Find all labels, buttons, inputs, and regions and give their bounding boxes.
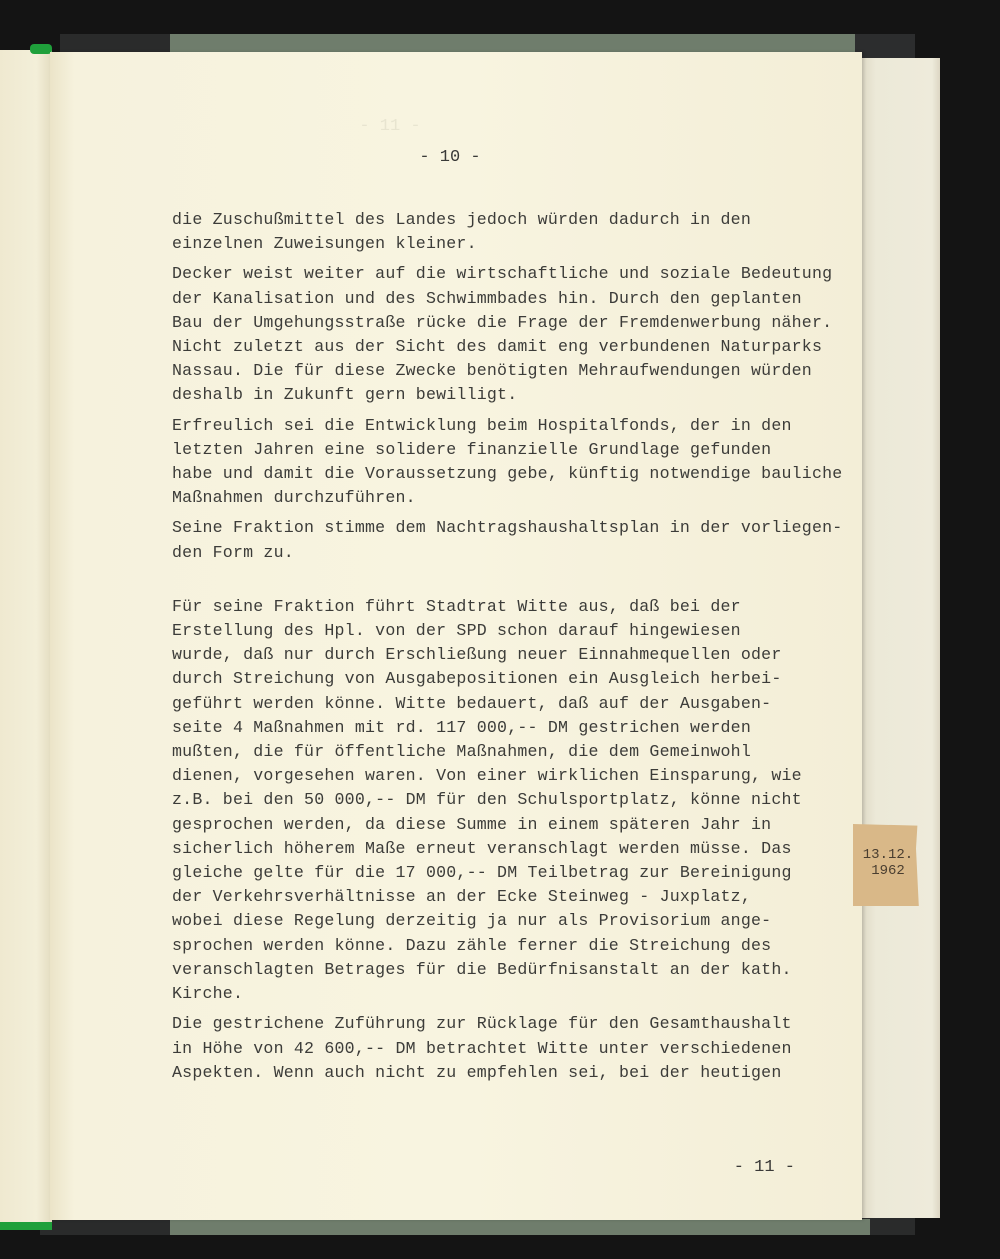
- text-line: Aspekten. Wenn auch nicht zu empfehlen s…: [172, 1061, 862, 1085]
- text-line: einzelnen Zuweisungen kleiner.: [172, 232, 862, 256]
- text-line: Nassau. Die für diese Zwecke benötigten …: [172, 359, 862, 383]
- text-line: Decker weist weiter auf die wirtschaftli…: [172, 262, 862, 286]
- date-label-sticker: 13.12. 1962: [853, 824, 923, 906]
- text-line: seite 4 Maßnahmen mit rd. 117 000,-- DM …: [172, 716, 862, 740]
- text-line: Nicht zuletzt aus der Sicht des damit en…: [172, 335, 862, 359]
- next-page-edge: [860, 58, 940, 1218]
- text-line: Für seine Fraktion führt Stadtrat Witte …: [172, 595, 862, 619]
- text-line: durch Streichung von Ausgabepositionen e…: [172, 667, 862, 691]
- text-line: Bau der Umgehungsstraße rücke die Frage …: [172, 311, 862, 335]
- text-line: habe und damit die Voraussetzung gebe, k…: [172, 462, 862, 486]
- text-line: veranschlagten Betrages für die Bedürfni…: [172, 958, 862, 982]
- text-line: die Zuschußmittel des Landes jedoch würd…: [172, 208, 862, 232]
- text-line: sicherlich höherem Maße erneut veranschl…: [172, 837, 862, 861]
- text-line: der Verkehrsverhältnisse an der Ecke Ste…: [172, 885, 862, 909]
- text-line: dienen, vorgesehen waren. Von einer wirk…: [172, 764, 862, 788]
- text-line: geführt werden könne. Witte bedauert, da…: [172, 692, 862, 716]
- text-line: den Form zu.: [172, 541, 862, 565]
- text-line: der Kanalisation und des Schwimmbades hi…: [172, 287, 862, 311]
- paragraph: Für seine Fraktion führt Stadtrat Witte …: [172, 595, 862, 1006]
- text-line: z.B. bei den 50 000,-- DM für den Schuls…: [172, 788, 862, 812]
- paragraph: Erfreulich sei die Entwicklung beim Hosp…: [172, 414, 862, 511]
- text-line: Die gestrichene Zuführung zur Rücklage f…: [172, 1012, 862, 1036]
- page-number-bottom: - 11 -: [695, 1158, 795, 1177]
- text-line: deshalb in Zukunft gern bewilligt.: [172, 383, 862, 407]
- left-page-strip: [0, 50, 52, 1222]
- bookmark-ribbon-bottom: [0, 1222, 52, 1230]
- body-text: die Zuschußmittel des Landes jedoch würd…: [172, 208, 862, 1085]
- text-line: gesprochen werden, da diese Summe in ein…: [172, 813, 862, 837]
- text-line: in Höhe von 42 600,-- DM betrachtet Witt…: [172, 1037, 862, 1061]
- text-line: Erstellung des Hpl. von der SPD schon da…: [172, 619, 862, 643]
- page-number-top: - 10 -: [400, 148, 500, 167]
- bleed-through-page-number: - 11 -: [340, 117, 440, 136]
- bookmark-ribbon-top: [30, 44, 52, 54]
- text-line: mußten, die für öffentliche Maßnahmen, d…: [172, 740, 862, 764]
- paragraph: die Zuschußmittel des Landes jedoch würd…: [172, 208, 862, 256]
- text-line: wurde, daß nur durch Erschließung neuer …: [172, 643, 862, 667]
- text-line: Erfreulich sei die Entwicklung beim Hosp…: [172, 414, 862, 438]
- book-cover-bottom-green: [170, 1219, 870, 1235]
- paragraph: Seine Fraktion stimme dem Nachtragshaush…: [172, 516, 862, 564]
- text-line: Maßnahmen durchzuführen.: [172, 486, 862, 510]
- text-line: gleiche gelte für die 17 000,-- DM Teilb…: [172, 861, 862, 885]
- text-line: Kirche.: [172, 982, 862, 1006]
- date-label-day-month: 13.12.: [853, 847, 923, 863]
- text-line: sprochen werden könne. Dazu zähle ferner…: [172, 934, 862, 958]
- paragraph: Decker weist weiter auf die wirtschaftli…: [172, 262, 862, 407]
- paragraph: Die gestrichene Zuführung zur Rücklage f…: [172, 1012, 862, 1085]
- text-line: wobei diese Regelung derzeitig ja nur al…: [172, 909, 862, 933]
- text-line: Seine Fraktion stimme dem Nachtragshaush…: [172, 516, 862, 540]
- date-label-year: 1962: [853, 863, 923, 879]
- text-line: letzten Jahren eine solidere finanzielle…: [172, 438, 862, 462]
